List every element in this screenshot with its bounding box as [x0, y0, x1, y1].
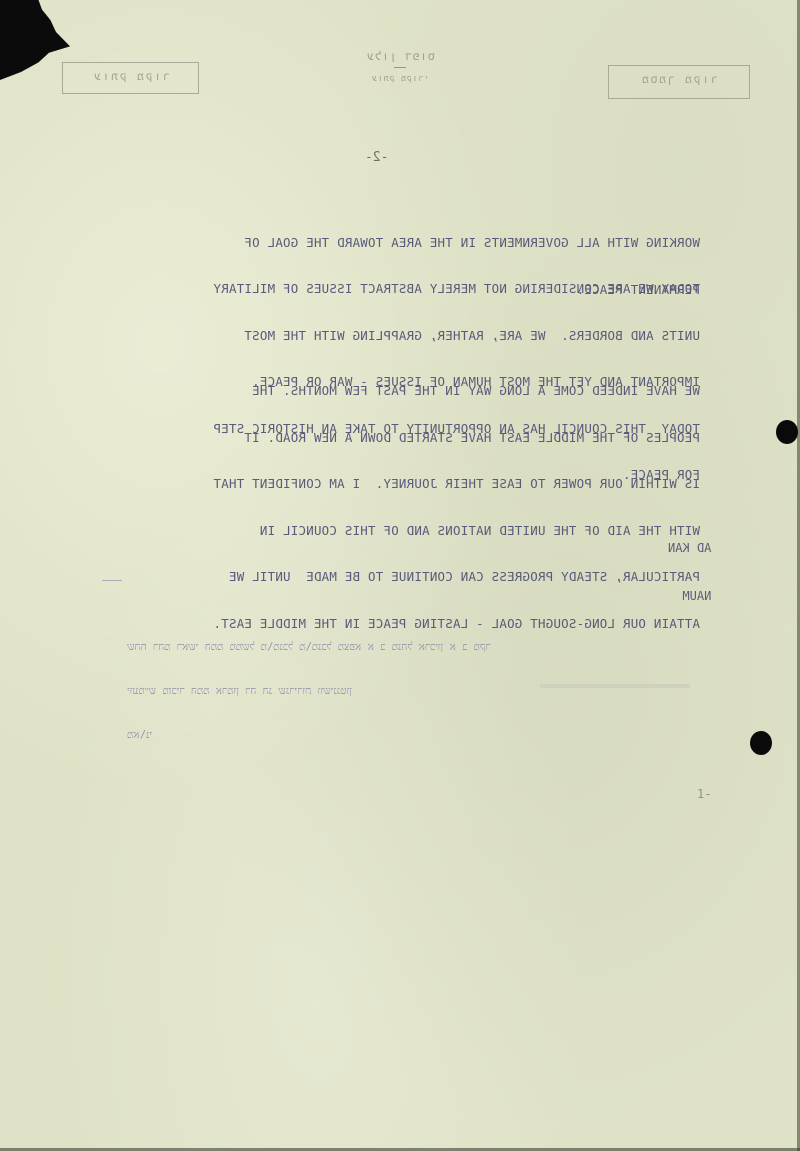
distribution-line: מא\ני [127, 724, 152, 746]
document-page: עותק מקור עלון דפוס עותק מקורי מסמך מקור… [0, 0, 800, 1151]
letterhead-rule [394, 67, 406, 68]
distribution-line: שהח רהמ ראשי הממ ממשל מ\מנכל מ\מנכל מצפא… [127, 636, 491, 658]
page-number: -2- [365, 150, 388, 165]
signature-block: AD KAN NAUM [668, 508, 711, 636]
letterhead-title-text: עלון דפוס [366, 50, 434, 64]
torn-corner [0, 0, 70, 80]
paragraph-line: PARTICULAR, STEADY PROGRESS CAN CONTINUE… [100, 569, 700, 585]
paragraph-line: WORKING WITH ALL GOVERNMENTS IN THE AREA… [100, 235, 700, 251]
letterhead-subtitle: עותק מקורי [371, 74, 429, 84]
punch-hole [750, 731, 772, 755]
footer-number: 1- [697, 787, 711, 801]
paragraph-line: WE HAVE INDEED COME A LONG WAY IN THE PA… [100, 383, 700, 399]
letterhead-stamp-left: עותק מקור [62, 62, 199, 94]
distribution-list: שהח רהמ ראשי הממ ממשל מ\מנכל מ\מנכל מצפא… [102, 592, 491, 768]
paragraph-line: TODAY WE ARE CONSIDERING NOT MERELY ABST… [100, 281, 700, 297]
letterhead-title: עלון דפוס עותק מקורי [330, 50, 470, 84]
punch-hole [776, 420, 798, 444]
faint-erased-line [540, 684, 690, 688]
distribution-dash [102, 580, 122, 581]
signature-line-1: AD KAN [668, 540, 711, 556]
signature-line-2: NAUM [668, 588, 711, 604]
paragraph-line: UNITS AND BORDERS. WE ARE, RATHER, GRAPP… [100, 328, 700, 344]
paragraph-line: WITH THE AID OF THE UNITED NATIONS AND O… [100, 523, 700, 539]
distribution-line: יועמ״ש מזכיר הממ ארמון רה הנ שגרירות ווש… [127, 680, 352, 702]
letterhead-stamp-right: מסמך מקור [608, 65, 750, 99]
paragraph-line: IS WITHIN OUR POWER TO EASE THEIR JOURNE… [100, 476, 700, 492]
paragraph-line: PEOPLES OF THE MIDDLE EAST HAVE STARTED … [100, 430, 700, 446]
